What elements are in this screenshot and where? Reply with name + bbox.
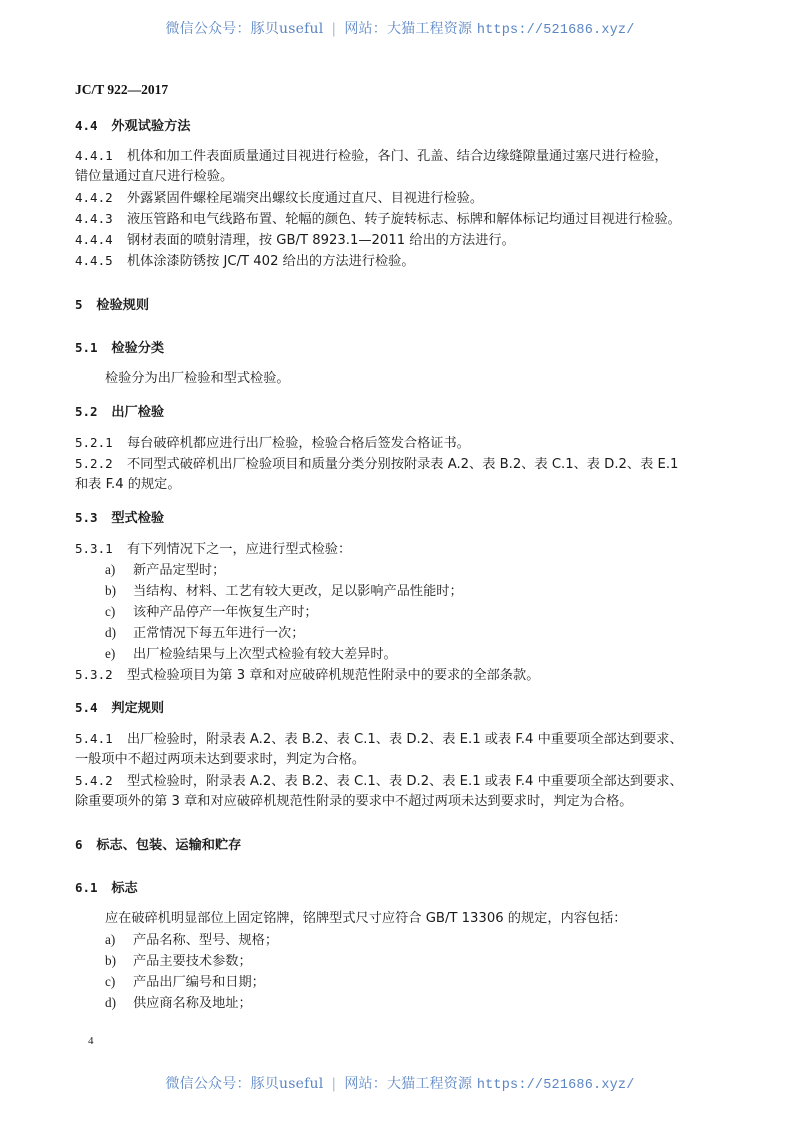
watermark-separator: | [331, 21, 336, 37]
heading-6: 6 标志、包装、运输和贮存 [75, 836, 241, 855]
clause-text: 机体和加工件表面质量通过目视进行检验，各门、孔盖、结合边缘缝隙量通过塞尺进行检验… [127, 149, 668, 164]
section-title: 出厂检验 [111, 405, 164, 420]
watermark-site: 网站：大猫工程资源 [344, 21, 472, 37]
section-number: 5.3 [75, 510, 98, 525]
section-number: 5.4 [75, 700, 98, 715]
section-number: 5 [75, 297, 83, 312]
heading-5: 5 检验规则 [75, 296, 149, 315]
list-label: c) [105, 603, 133, 621]
heading-5-1: 5.1 检验分类 [75, 339, 164, 358]
list-label: d) [105, 994, 133, 1012]
clause-5-2-1: 5.2.1每台破碎机都应进行出厂检验，检验合格后签发合格证书。 [75, 434, 470, 453]
heading-6-1: 6.1 标志 [75, 879, 138, 898]
clause-text: 型式检验时，附录表 A.2、表 B.2、表 C.1、表 D.2、表 E.1 或表… [127, 774, 683, 789]
list-label: e) [105, 645, 133, 663]
list-item: a)新产品定型时； [105, 561, 225, 580]
clause-5-4-2: 5.4.2型式检验时，附录表 A.2、表 B.2、表 C.1、表 D.2、表 E… [75, 772, 683, 791]
clause-5-4-2-cont: 除重要项外的第 3 章和对应破碎机规范性附录的要求中不超过两项未达到要求时，判定… [75, 793, 632, 811]
clause-5-3-2: 5.3.2型式检验项目为第 3 章和对应破碎机规范性附录中的要求的全部条款。 [75, 666, 539, 685]
section-title: 标志 [111, 881, 137, 896]
list-text: 该种产品停产一年恢复生产时； [133, 605, 318, 620]
list-item: c)产品出厂编号和日期； [105, 973, 265, 992]
watermark-top: 微信公众号：豚贝useful|网站：大猫工程资源 https://521686.… [0, 18, 800, 38]
standard-code: JC/T 922—2017 [75, 82, 168, 98]
watermark-bottom: 微信公众号：豚贝useful|网站：大猫工程资源 https://521686.… [0, 1073, 800, 1093]
watermark-url: https://521686.xyz/ [477, 23, 635, 38]
section-title: 标志、包装、运输和贮存 [96, 838, 241, 853]
list-text: 产品名称、型号、规格； [133, 933, 278, 948]
clause-4-4-1-cont: 错位量通过直尺进行检验。 [75, 168, 233, 186]
clause-number: 5.2.2 [75, 455, 127, 473]
section-title: 判定规则 [111, 701, 164, 716]
list-item: e)出厂检验结果与上次型式检验有较大差异时。 [105, 645, 397, 664]
clause-text: 每台破碎机都应进行出厂检验，检验合格后签发合格证书。 [127, 436, 470, 451]
clause-5-4-1-cont: 一般项中不超过两项未达到要求时，判定为合格。 [75, 751, 365, 769]
list-item: b)当结构、材料、工艺有较大更改，足以影响产品性能时； [105, 582, 463, 601]
section-number: 6.1 [75, 880, 98, 895]
list-item: a)产品名称、型号、规格； [105, 931, 278, 950]
clause-number: 5.4.2 [75, 772, 127, 790]
clause-number: 4.4.3 [75, 210, 127, 228]
clause-text: 钢材表面的喷射清理，按 GB/T 8923.1—2011 给出的方法进行。 [127, 233, 515, 248]
heading-5-4: 5.4 判定规则 [75, 699, 164, 718]
paragraph-6-1: 应在破碎机明显部位上固定铭牌，铭牌型式尺寸应符合 GB/T 13306 的规定，… [105, 910, 626, 928]
list-label: b) [105, 582, 133, 600]
clause-text: 出厂检验时，附录表 A.2、表 B.2、表 C.1、表 D.2、表 E.1 或表… [127, 732, 683, 747]
list-text: 产品主要技术参数； [133, 954, 252, 969]
list-text: 正常情况下每五年进行一次； [133, 626, 304, 641]
watermark-site: 网站：大猫工程资源 [344, 1076, 472, 1092]
clause-text: 不同型式破碎机出厂检验项目和质量分类分别按附录表 A.2、表 B.2、表 C.1… [127, 457, 678, 472]
list-text: 产品出厂编号和日期； [133, 975, 265, 990]
clause-number: 5.3.1 [75, 540, 127, 558]
section-title: 外观试验方法 [111, 119, 190, 134]
section-number: 6 [75, 837, 83, 852]
clause-5-2-2-cont: 和表 F.4 的规定。 [75, 476, 181, 494]
list-text: 当结构、材料、工艺有较大更改，足以影响产品性能时； [133, 584, 463, 599]
clause-5-4-1: 5.4.1出厂检验时，附录表 A.2、表 B.2、表 C.1、表 D.2、表 E… [75, 730, 683, 749]
list-label: a) [105, 931, 133, 949]
list-item: d)供应商名称及地址； [105, 994, 252, 1013]
clause-5-3-1: 5.3.1有下列情况下之一，应进行型式检验： [75, 540, 351, 559]
watermark-wechat: 微信公众号：豚贝useful [165, 21, 323, 37]
clause-number: 5.3.2 [75, 666, 127, 684]
section-number: 4.4 [75, 118, 98, 133]
clause-number: 4.4.1 [75, 147, 127, 165]
heading-4-4: 4.4 外观试验方法 [75, 117, 190, 136]
section-number: 5.1 [75, 340, 98, 355]
clause-text: 有下列情况下之一，应进行型式检验： [127, 542, 351, 557]
list-label: d) [105, 624, 133, 642]
list-item: b)产品主要技术参数； [105, 952, 252, 971]
list-text: 供应商名称及地址； [133, 996, 252, 1011]
clause-text: 液压管路和电气线路布置、轮幅的颜色、转子旋转标志、标牌和解体标记均通过目视进行检… [127, 212, 681, 227]
heading-5-2: 5.2 出厂检验 [75, 403, 164, 422]
list-text: 出厂检验结果与上次型式检验有较大差异时。 [133, 647, 397, 662]
list-item: d)正常情况下每五年进行一次； [105, 624, 304, 643]
paragraph-5-1: 检验分为出厂检验和型式检验。 [105, 370, 290, 388]
clause-4-4-5: 4.4.5机体涂漆防锈按 JC/T 402 给出的方法进行检验。 [75, 252, 415, 271]
section-number: 5.2 [75, 404, 98, 419]
clause-number: 5.2.1 [75, 434, 127, 452]
clause-number: 5.4.1 [75, 730, 127, 748]
watermark-url: https://521686.xyz/ [477, 1078, 635, 1093]
clause-5-2-2: 5.2.2不同型式破碎机出厂检验项目和质量分类分别按附录表 A.2、表 B.2、… [75, 455, 678, 474]
clause-text: 型式检验项目为第 3 章和对应破碎机规范性附录中的要求的全部条款。 [127, 668, 539, 683]
heading-5-3: 5.3 型式检验 [75, 509, 164, 528]
section-title: 检验规则 [96, 298, 149, 313]
section-title: 型式检验 [111, 511, 164, 526]
clause-4-4-3: 4.4.3液压管路和电气线路布置、轮幅的颜色、转子旋转标志、标牌和解体标记均通过… [75, 210, 681, 229]
list-item: c)该种产品停产一年恢复生产时； [105, 603, 318, 622]
section-title: 检验分类 [111, 341, 164, 356]
clause-4-4-1: 4.4.1机体和加工件表面质量通过目视进行检验，各门、孔盖、结合边缘缝隙量通过塞… [75, 147, 668, 166]
watermark-wechat: 微信公众号：豚贝useful [165, 1076, 323, 1092]
clause-text: 机体涂漆防锈按 JC/T 402 给出的方法进行检验。 [127, 254, 415, 269]
clause-number: 4.4.5 [75, 252, 127, 270]
clause-number: 4.4.2 [75, 189, 127, 207]
list-text: 新产品定型时； [133, 563, 225, 578]
clause-4-4-2: 4.4.2外露紧固件螺栓尾端突出螺纹长度通过直尺、目视进行检验。 [75, 189, 483, 208]
clause-number: 4.4.4 [75, 231, 127, 249]
list-label: a) [105, 561, 133, 579]
page-number: 4 [88, 1035, 94, 1047]
clause-4-4-4: 4.4.4钢材表面的喷射清理，按 GB/T 8923.1—2011 给出的方法进… [75, 231, 515, 250]
watermark-separator: | [331, 1076, 336, 1092]
clause-text: 外露紧固件螺栓尾端突出螺纹长度通过直尺、目视进行检验。 [127, 191, 483, 206]
list-label: b) [105, 952, 133, 970]
list-label: c) [105, 973, 133, 991]
